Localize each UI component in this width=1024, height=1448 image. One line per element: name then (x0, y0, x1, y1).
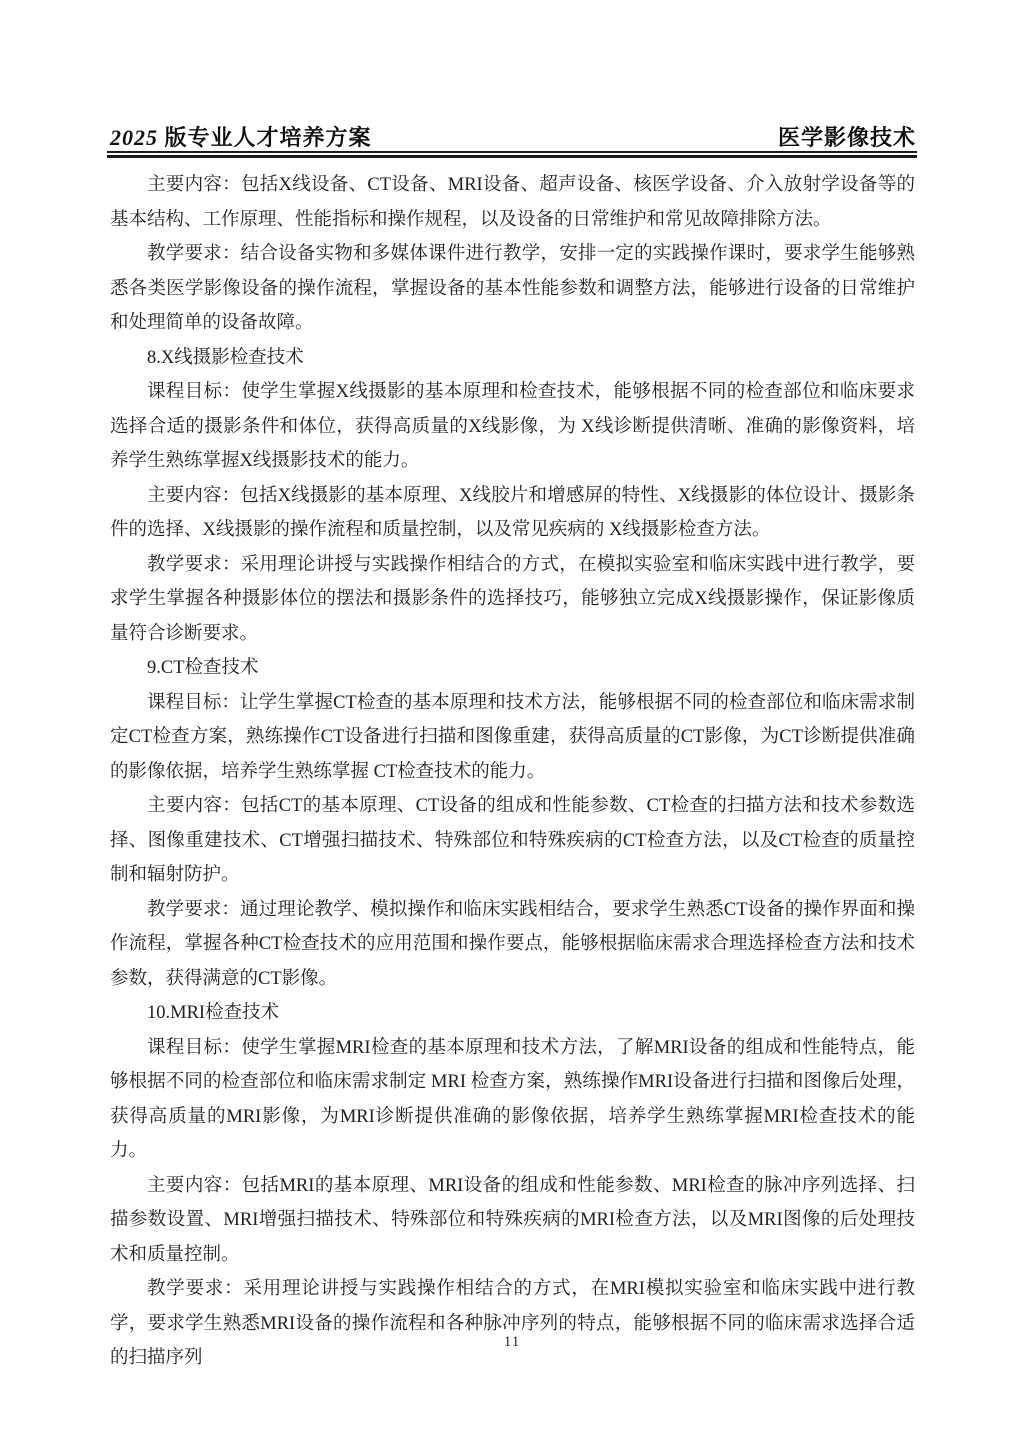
body-paragraph: 主要内容：包括X线设备、CT设备、MRI设备、超声设备、核医学设备、介入放射学设… (110, 168, 915, 237)
body-paragraph: 教学要求：采用理论讲授与实践操作相结合的方式，在模拟实验室和临床实践中进行教学，… (110, 548, 915, 652)
page-number: 11 (504, 1334, 520, 1350)
header-left-title: 2025 版专业人才培养方案 (110, 121, 372, 152)
body-paragraph: 教学要求：采用理论讲授与实践操作相结合的方式，在MRI模拟实验室和临床实践中进行… (110, 1272, 915, 1376)
header-right-title: 医学影像技术 (778, 121, 916, 152)
header-double-rule (107, 151, 917, 158)
body-paragraph: 主要内容：包括X线摄影的基本原理、X线胶片和增感屏的特性、X线摄影的体位设计、摄… (110, 479, 915, 548)
section-heading: 10.MRI检查技术 (110, 996, 915, 1031)
page-header: 2025 版专业人才培养方案 医学影像技术 (110, 121, 916, 152)
document-page: 2025 版专业人才培养方案 医学影像技术 主要内容：包括X线设备、CT设备、M… (0, 0, 1024, 1448)
section-heading: 9.CT检查技术 (110, 651, 915, 686)
body-paragraph: 主要内容：包括CT的基本原理、CT设备的组成和性能参数、CT检查的扫描方法和技术… (110, 789, 915, 893)
body-paragraph: 课程目标：使学生掌握MRI检查的基本原理和技术方法，了解MRI设备的组成和性能特… (110, 1031, 915, 1169)
body-paragraph: 课程目标：使学生掌握X线摄影的基本原理和检查技术，能够根据不同的检查部位和临床要… (110, 375, 915, 479)
document-body: 主要内容：包括X线设备、CT设备、MRI设备、超声设备、核医学设备、介入放射学设… (110, 168, 915, 1376)
body-paragraph: 教学要求：结合设备实物和多媒体课件进行教学，安排一定的实践操作课时，要求学生能够… (110, 237, 915, 341)
section-heading: 8.X线摄影检查技术 (110, 341, 915, 376)
body-paragraph: 课程目标：让学生掌握CT检查的基本原理和技术方法，能够根据不同的检查部位和临床需… (110, 686, 915, 790)
body-paragraph: 教学要求：通过理论教学、模拟操作和临床实践相结合，要求学生熟悉CT设备的操作界面… (110, 893, 915, 997)
body-paragraph: 主要内容：包括MRI的基本原理、MRI设备的组成和性能参数、MRI检查的脉冲序列… (110, 1169, 915, 1273)
page-footer: 11 (0, 1334, 1024, 1351)
